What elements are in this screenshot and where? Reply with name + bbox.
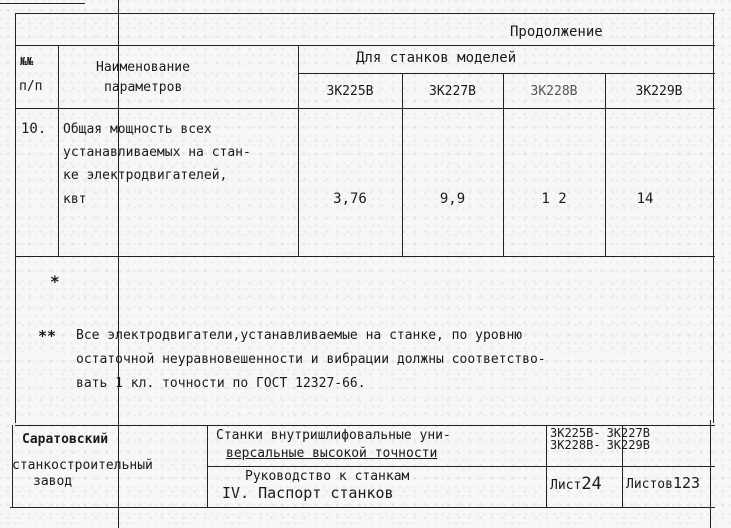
- sheets-label: Листов: [626, 477, 673, 492]
- single-asterisk: *: [50, 272, 60, 291]
- footnote-line: вать 1 кл. точности по ГОСТ 12327-66.: [76, 376, 366, 391]
- value-3k227v: 9,9: [402, 191, 503, 207]
- param-header-line2: параметров: [104, 80, 182, 95]
- product-title-line: версальные высокой точности: [226, 446, 437, 461]
- double-asterisk: **: [38, 327, 56, 345]
- models-subheader-border: [298, 73, 715, 74]
- footnote-line: Все электродвигатели,устанавливаемые на …: [76, 328, 522, 343]
- param-line: Общая мощность всех: [63, 122, 212, 137]
- manual-line: IV. Паспорт станков: [222, 484, 394, 502]
- table-top-border: [15, 13, 715, 14]
- header-bottom-border: [15, 108, 715, 109]
- model-range: 3К229В: [607, 438, 650, 452]
- title-block-right: [710, 420, 711, 528]
- value-3k229v: 14: [605, 191, 685, 207]
- row-number: 10.: [21, 121, 46, 137]
- model-range: 3К228В-: [550, 438, 601, 452]
- table-right-border: [713, 13, 714, 423]
- model-header-3k229v: 3К229В: [605, 84, 713, 99]
- value-3k225v: 3,76: [298, 191, 402, 207]
- param-line: устанавливаемых на стан-: [63, 145, 251, 160]
- frame-line: [0, 3, 85, 4]
- models-block: 3К225В-3К227В 3К228В-3К229В: [550, 427, 650, 451]
- col-divider: [605, 73, 606, 256]
- param-line: квт: [63, 192, 86, 207]
- continuation-label: Продолжение: [510, 24, 603, 40]
- title-block-mid: [208, 466, 715, 467]
- sheets-total: 123: [673, 474, 700, 492]
- param-header-line1: Наименование: [96, 60, 190, 75]
- model-header-3k227v: 3К227В: [402, 84, 503, 99]
- col-divider: [503, 73, 504, 256]
- title-block-bottom: [10, 507, 715, 508]
- number-header-line1: №№: [20, 55, 33, 68]
- param-line: ке электродвигателей,: [63, 168, 227, 183]
- plant-line: завод: [33, 474, 72, 489]
- title-block-divider: [546, 425, 547, 507]
- manual-line: Руководство к станкам: [245, 469, 409, 484]
- sheet-label: Лист: [550, 478, 581, 493]
- models-group-header: Для станков моделей: [356, 50, 516, 66]
- title-block-divider: [207, 425, 208, 507]
- col-divider: [402, 73, 403, 256]
- col-divider: [298, 45, 299, 256]
- sheets-field: Листов123: [626, 474, 700, 492]
- model-header-3k225v: 3К225В: [298, 84, 402, 99]
- sheet-field: Лист24: [550, 474, 602, 494]
- table-header-border: [15, 45, 715, 46]
- row-bottom-border: [15, 256, 715, 257]
- model-header-3k228v: 3К228В: [503, 84, 605, 99]
- sheet-number: 24: [581, 474, 601, 494]
- number-header-line2: п/п: [19, 79, 42, 94]
- table-left-border: [15, 13, 16, 423]
- footnote-line: остаточной неуравновешенности и вибрации…: [76, 352, 546, 367]
- product-title-line: Станки внутришлифовальные уни-: [216, 428, 451, 443]
- plant-line: Саратовский: [22, 432, 108, 447]
- plant-line: станкостроительный: [12, 458, 153, 473]
- col-divider: [58, 45, 59, 256]
- value-3k228v: 1 2: [503, 191, 605, 207]
